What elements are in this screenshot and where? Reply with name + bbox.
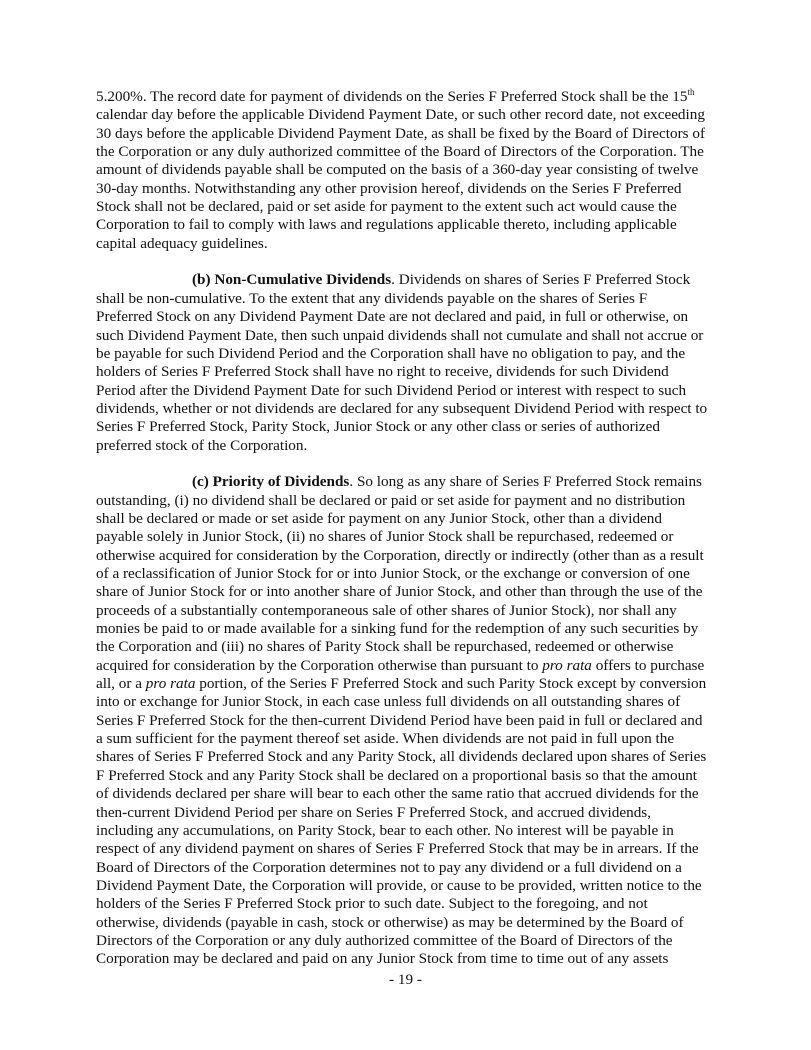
text-line: 30 days before the applicable Dividend P… bbox=[96, 125, 736, 143]
text-line: Dividend Payment Date, the Corporation w… bbox=[96, 877, 736, 895]
text-line: including any accumulations, on Parity S… bbox=[96, 822, 736, 840]
text-line: respect of any dividend payment on share… bbox=[96, 840, 736, 858]
text-line: outstanding, (i) no dividend shall be de… bbox=[96, 492, 736, 510]
text-line: monies be paid to or made available for … bbox=[96, 620, 736, 638]
text-line: Directors of the Corporation or any duly… bbox=[96, 932, 736, 950]
text-line: preferred stock of the Corporation. bbox=[96, 437, 736, 455]
text-line: dividends, whether or not dividends are … bbox=[96, 400, 736, 418]
text-line: share of Junior Stock for or into anothe… bbox=[96, 583, 736, 601]
section-c-first-line: (c) Priority of Dividends. So long as an… bbox=[96, 473, 736, 491]
text-line: capital adequacy guidelines. bbox=[96, 235, 736, 253]
section-b-heading: (b) Non-Cumulative Dividends bbox=[192, 271, 391, 288]
pro-rata-italic: pro rata bbox=[146, 675, 196, 692]
pro-rata-italic: pro rata bbox=[542, 657, 592, 674]
text-line: Series F Preferred Stock, Parity Stock, … bbox=[96, 418, 736, 436]
text-line: holders of the Series F Preferred Stock … bbox=[96, 895, 736, 913]
section-b-non-cumulative-dividends: (b) Non-Cumulative Dividends. Dividends … bbox=[96, 271, 736, 454]
text-line: Period after the Dividend Payment Date f… bbox=[96, 382, 736, 400]
text-line: the Corporation and (iii) no shares of P… bbox=[96, 638, 736, 656]
text-line: shall be non-cumulative. To the extent t… bbox=[96, 290, 736, 308]
text-line: calendar day before the applicable Divid… bbox=[96, 106, 736, 124]
text-line: into or exchange for Junior Stock, in ea… bbox=[96, 693, 736, 711]
text-line: Corporation may be declared and paid on … bbox=[96, 950, 736, 968]
text-line: Preferred Stock on any Dividend Payment … bbox=[96, 308, 736, 326]
text-line: otherwise, dividends (payable in cash, s… bbox=[96, 914, 736, 932]
text-line: be payable for such Dividend Period and … bbox=[96, 345, 736, 363]
text-line: shares of Series F Preferred Stock and a… bbox=[96, 748, 736, 766]
text-line: Corporation to fail to comply with laws … bbox=[96, 216, 736, 234]
text-line: a sum sufficient for the payment thereof… bbox=[96, 730, 736, 748]
text-line: of dividends declared per share will bea… bbox=[96, 785, 736, 803]
text-line: amount of dividends payable shall be com… bbox=[96, 161, 736, 179]
section-c-heading: (c) Priority of Dividends bbox=[192, 473, 349, 490]
text-line: the Corporation or any duly authorized c… bbox=[96, 143, 736, 161]
section-b-first-line: (b) Non-Cumulative Dividends. Dividends … bbox=[96, 271, 736, 289]
text-line: holders of Series F Preferred Stock shal… bbox=[96, 363, 736, 381]
text-line: F Preferred Stock and any Parity Stock s… bbox=[96, 767, 736, 785]
text-line: shall be declared or made or set aside f… bbox=[96, 510, 736, 528]
text-line: Board of Directors of the Corporation de… bbox=[96, 859, 736, 877]
page-number: - 19 - bbox=[0, 971, 811, 989]
text-line: of a reclassification of Junior Stock fo… bbox=[96, 565, 736, 583]
superscript-ordinal: th bbox=[687, 87, 694, 97]
text-line: such Dividend Payment Date, then such un… bbox=[96, 327, 736, 345]
paragraph-a-continuation: 5.200%. The record date for payment of d… bbox=[96, 88, 736, 253]
text-line: 5.200%. The record date for payment of d… bbox=[96, 88, 736, 106]
text-line: payable solely in Junior Stock, (ii) no … bbox=[96, 528, 736, 546]
text-line: acquired for consideration by the Corpor… bbox=[96, 657, 736, 675]
text-line: all, or a pro rata portion, of the Serie… bbox=[96, 675, 736, 693]
text-line: proceeds of a substantially contemporane… bbox=[96, 602, 736, 620]
text-line: then-current Dividend Period per share o… bbox=[96, 804, 736, 822]
text-line: Stock shall not be declared, paid or set… bbox=[96, 198, 736, 216]
document-page: 5.200%. The record date for payment of d… bbox=[96, 88, 736, 987]
text-line: 30-day months. Notwithstanding any other… bbox=[96, 180, 736, 198]
section-c-priority-of-dividends: (c) Priority of Dividends. So long as an… bbox=[96, 473, 736, 968]
text-line: Series F Preferred Stock for the then-cu… bbox=[96, 712, 736, 730]
text-line: otherwise acquired for consideration by … bbox=[96, 547, 736, 565]
